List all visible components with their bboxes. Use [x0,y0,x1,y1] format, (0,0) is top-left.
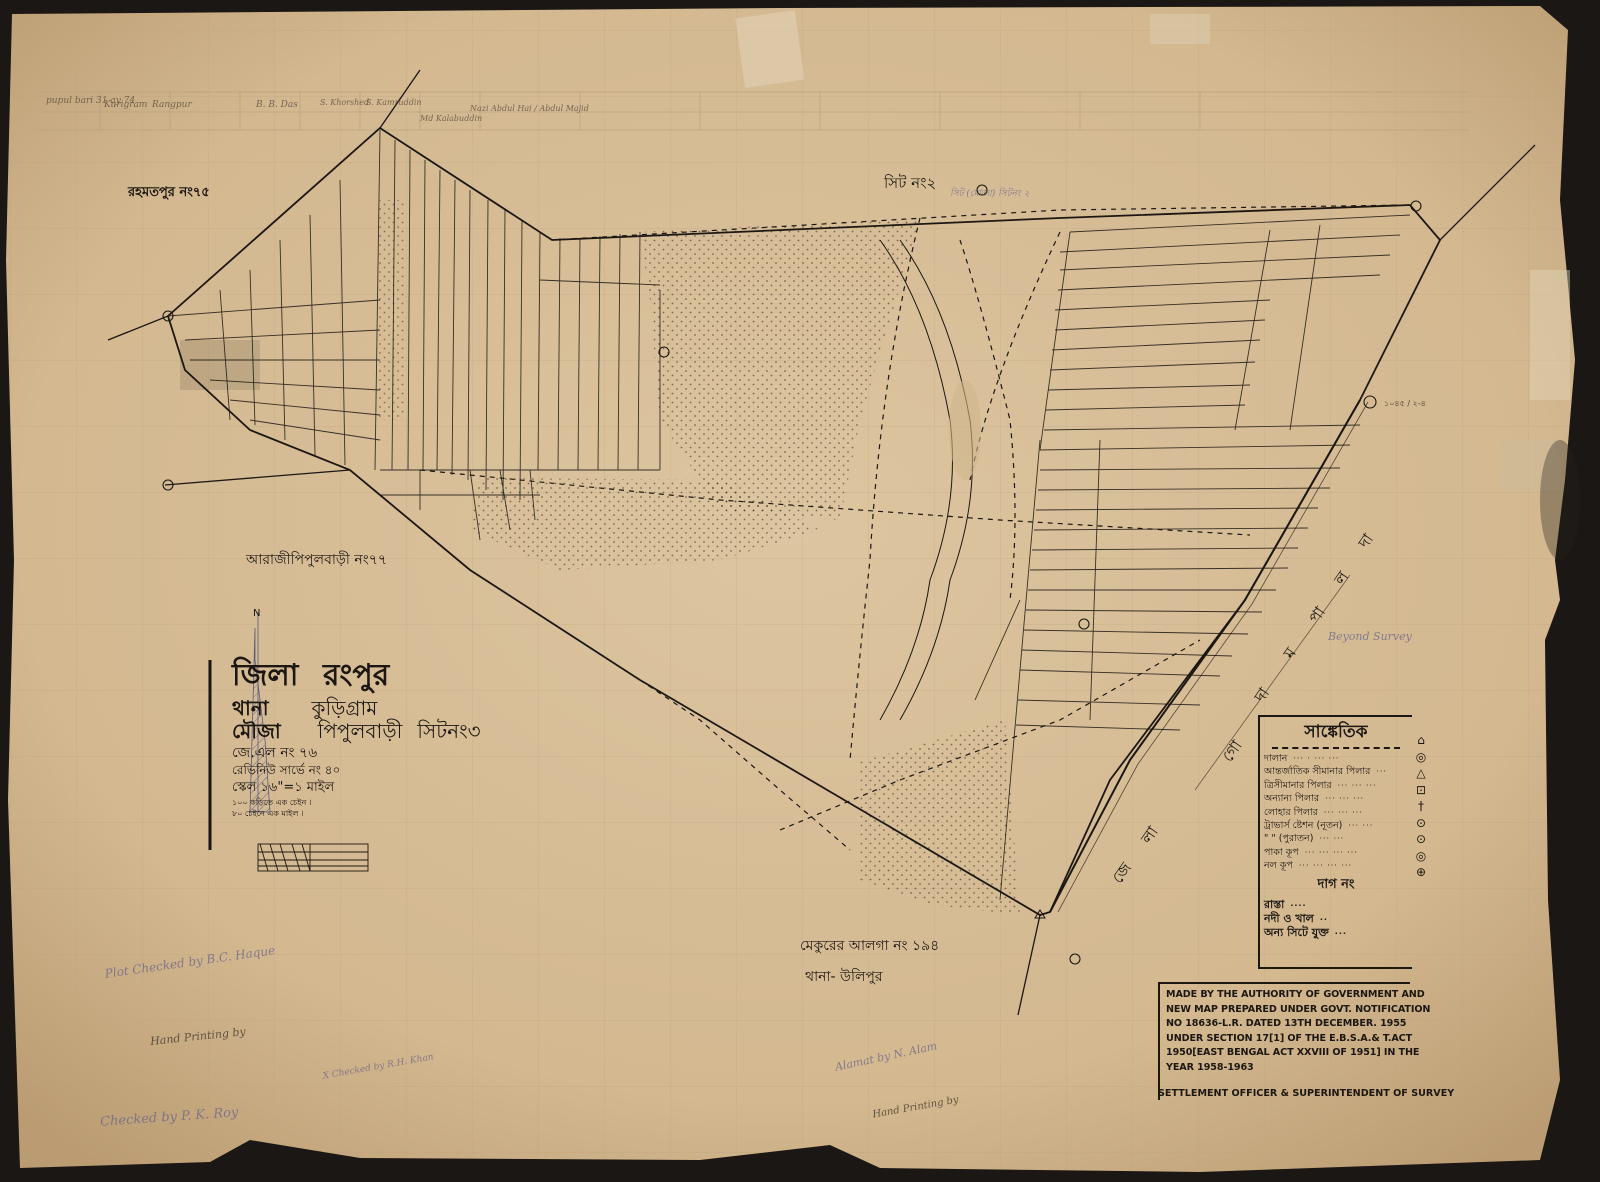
revenue-survey-no: রেভিনিউ সার্ভে নং ৪০ [232,764,481,777]
header-entry: B. B. Das [256,100,298,110]
thana-label: থানা [232,696,269,720]
scale-text: স্কেল ১৬"=১ মাইল [232,781,481,795]
mouza-row: মৌজা পিপুলবাড়ী সিটনং৩ [232,721,481,742]
authority-line: MADE BY THE AUTHORITY OF GOVERNMENT AND [1166,988,1404,1003]
square-pillar-icon: ⊡ [1412,782,1430,799]
dot-circle-icon: ⊙ [1412,815,1430,832]
label-north-sheet: সিট নং২ [884,172,936,197]
authority-line: UNDER SECTION 17[1] OF THE E.B.S.A.& T.A… [1166,1032,1404,1047]
legend-symbols: ⌂ ◎ △ ⊡ † ⊙ ⊙ ◎ ⊕ [1412,732,1430,881]
legend-item: রাস্তা···· [1260,898,1412,912]
building-icon: ⌂ [1412,732,1430,749]
authority-footer: SETTLEMENT OFFICER & SUPERINTENDENT OF S… [1158,1088,1454,1099]
header-entry: Kurigram [104,100,147,110]
map-sheet: রহমতপুর নং৭৫ সিট নং২ আরাজীপিপুলবাড়ী নং৭… [0,0,1600,1182]
header-entry: S. Kamruddin [366,98,422,107]
label-northwest-mouza: রহমতপুর নং৭৫ [128,183,210,204]
legend-item: অন্য সিটে যুক্ত··· [1260,926,1412,940]
header-entry: Nazi Abdul Hai / Abdul Majid [470,104,589,113]
authority-line: NEW MAP PREPARED UNDER GOVT. NOTIFICATIO… [1166,1003,1404,1018]
label-south-mouza: মেকুরের আলগা নং ১৯৪ [800,934,939,958]
scale-note-1: ১০০ কড়িতে এক চেইন । [232,799,481,807]
mouza-sheet: সিটনং৩ [417,719,480,743]
district-label: জিলা [232,658,298,693]
mouza-value: পিপুলবাড়ী [318,719,403,743]
thana-row: থানা কুড়িগ্রাম [232,698,481,719]
thana-value: কুড়িগ্রাম [311,696,377,720]
triangle-icon: △ [1412,765,1430,782]
header-entry: Md Kalabuddin [420,114,482,123]
cross-circle-icon: ⊕ [1412,864,1430,881]
pencil-note: Beyond Survey [1328,630,1412,643]
legend-item: পাকা কূপ··· ··· ··· ··· [1260,846,1412,859]
authority-line: 1950[EAST BENGAL ACT XXVIII OF 1951] IN … [1166,1046,1404,1061]
district-value: রংপুর [323,658,389,693]
jl-no: জে.এল নং ৭৬ [232,746,481,761]
legend-box: সাঙ্কেতিক দালান··· · ··· ··· আন্তর্জাতিক… [1258,715,1412,969]
legend-subheading: দাগ নং [1260,875,1412,896]
header-entry: Rangpur [152,100,192,110]
legend-item: অন্যান্য পিলার··· ··· ··· [1260,792,1412,805]
legend-title: সাঙ্কেতিক [1272,719,1400,749]
label-south-thana: থানা- উলিপুর [805,965,883,989]
legend-item: লোহার পিলার··· ··· ··· [1260,806,1412,819]
legend-item: নল কূপ··· ··· ··· ··· [1260,859,1412,872]
legend-item: ত্রিসীমানার পিলার··· ··· ··· [1260,779,1412,792]
mouza-label: মৌজা [232,719,281,743]
legend-item: " " (পুরাতন)··· ··· [1260,832,1412,845]
authority-box: MADE BY THE AUTHORITY OF GOVERNMENT AND … [1158,982,1410,1100]
label-southwest-mouza: আরাজীপিপুলবাড়ী নং৭৭ [246,548,387,572]
broken-circle-icon: ⊙ [1412,831,1430,848]
authority-line: YEAR 1958-1963 [1166,1061,1404,1076]
north-label: N [253,608,260,619]
authority-line: NO 18636-L.R. DATED 13TH DECEMBER. 1955 [1166,1017,1404,1032]
legend-item: আন্তর্জাতিক সীমানার পিলার··· [1260,765,1412,778]
pencil-note: সিট (মোজা) সিটনং ২ [950,186,1029,201]
district-row: জিলা রংপুর [232,660,481,692]
dagger-icon: † [1412,798,1430,815]
legend-item: ট্রাভার্স ষ্টেশন (নূতন)··· ··· [1260,819,1412,832]
label-corner-plot: ১০৪৫ / ২-৪ [1384,398,1426,411]
ring-icon: ◎ [1412,848,1430,865]
double-circle-icon: ◎ [1412,749,1430,766]
legend-item: নদী ও খাল·· [1260,912,1412,926]
title-block: জিলা রংপুর থানা কুড়িগ্রাম মৌজা পিপুলবাড… [232,660,481,818]
header-entry: S. Khorshed [320,98,369,107]
legend-item: দালান··· · ··· ··· [1260,752,1412,765]
scale-note-2: ৮০ চেইনে এক মাইল । [232,810,481,818]
